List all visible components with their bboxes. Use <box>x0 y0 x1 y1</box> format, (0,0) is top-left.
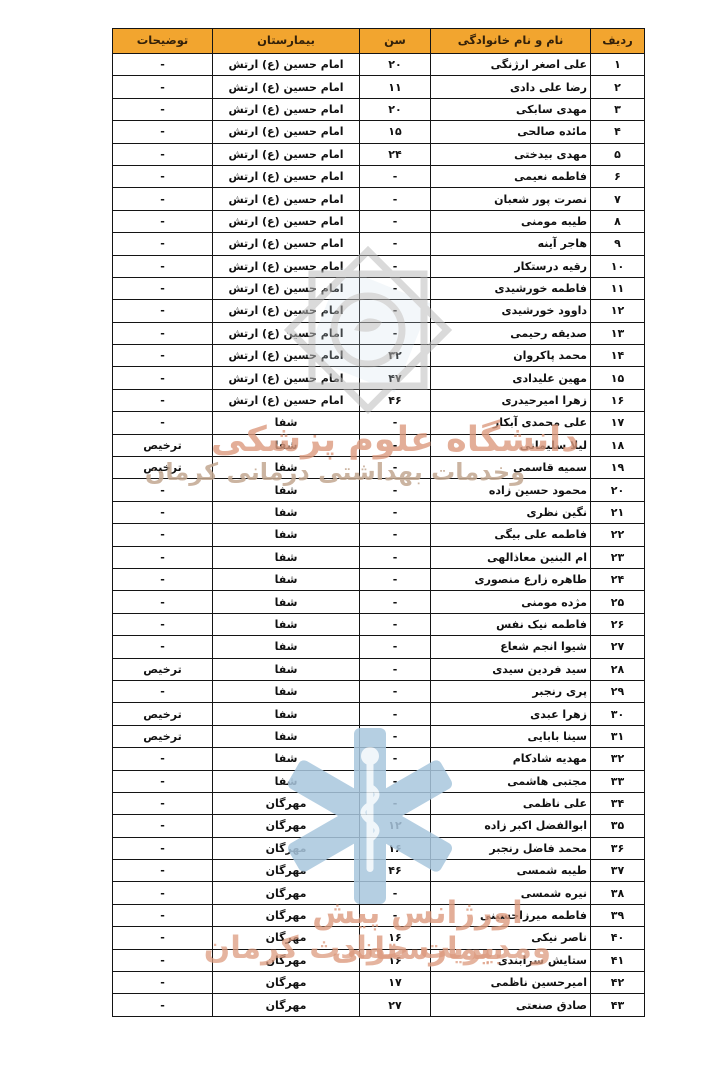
table-row: ۴۳صادق صنعتی۲۷مهرگان- <box>113 994 645 1016</box>
cell-hospital: مهرگان <box>213 837 360 859</box>
cell-age: ۴۶ <box>360 860 431 882</box>
cell-hospital: شفا <box>213 434 360 456</box>
table-row: ۴۱ستایش سرابندی۱۶مهرگان- <box>113 949 645 971</box>
cell-age: - <box>360 591 431 613</box>
cell-age: - <box>360 658 431 680</box>
cell-age: - <box>360 524 431 546</box>
cell-age: - <box>360 457 431 479</box>
cell-hospital: شفا <box>213 501 360 523</box>
cell-notes: - <box>113 233 213 255</box>
table-row: ۱۶زهرا امیرحیدری۴۶امام حسین (ع) ارتش- <box>113 389 645 411</box>
cell-hospital: مهرگان <box>213 994 360 1016</box>
table-row: ۲رضا علی دادی۱۱امام حسین (ع) ارتش- <box>113 76 645 98</box>
cell-row-number: ۱۴ <box>591 345 645 367</box>
cell-notes: - <box>113 636 213 658</box>
cell-row-number: ۲۰ <box>591 479 645 501</box>
cell-row-number: ۱۷ <box>591 412 645 434</box>
cell-age: ۱۵ <box>360 121 431 143</box>
cell-row-number: ۳۸ <box>591 882 645 904</box>
cell-hospital: مهرگان <box>213 972 360 994</box>
cell-row-number: ۳۷ <box>591 860 645 882</box>
cell-row-number: ۲۲ <box>591 524 645 546</box>
cell-row-number: ۳۱ <box>591 725 645 747</box>
cell-age: ۲۴ <box>360 143 431 165</box>
cell-row-number: ۳۳ <box>591 770 645 792</box>
cell-age: - <box>360 210 431 232</box>
cell-notes: ترخیص <box>113 658 213 680</box>
scanned-document-page: ردیف نام و نام خانوادگی سن بیمارستان توض… <box>0 0 710 1066</box>
cell-hospital: شفا <box>213 546 360 568</box>
cell-row-number: ۲۴ <box>591 568 645 590</box>
cell-age: - <box>360 703 431 725</box>
cell-full-name: علی اصغر ارژنگی <box>431 54 591 76</box>
cell-full-name: علی ناظمی <box>431 792 591 814</box>
header-full-name: نام و نام خانوادگی <box>431 29 591 54</box>
table-row: ۳۰زهرا عبدی-شفاترخیص <box>113 703 645 725</box>
cell-hospital: امام حسین (ع) ارتش <box>213 76 360 98</box>
cell-row-number: ۳۴ <box>591 792 645 814</box>
cell-notes: - <box>113 54 213 76</box>
cell-row-number: ۳۲ <box>591 748 645 770</box>
cell-full-name: مجتبی هاشمی <box>431 770 591 792</box>
cell-age: - <box>360 165 431 187</box>
table-row: ۳۶محمد فاضل رنجبر۱۶مهرگان- <box>113 837 645 859</box>
table-row: ۳۲مهدیه شادکام-شفا- <box>113 748 645 770</box>
table-row: ۹هاجر آینه-امام حسین (ع) ارتش- <box>113 233 645 255</box>
table-row: ۱۴محمد پاکروان۳۲امام حسین (ع) ارتش- <box>113 345 645 367</box>
cell-full-name: ناصر نیکی <box>431 927 591 949</box>
cell-hospital: شفا <box>213 412 360 434</box>
table-row: ۵مهدی بیدختی۲۴امام حسین (ع) ارتش- <box>113 143 645 165</box>
cell-age: - <box>360 904 431 926</box>
cell-hospital: شفا <box>213 457 360 479</box>
cell-hospital: شفا <box>213 524 360 546</box>
table-row: ۲۹پری رنجبر-شفا- <box>113 680 645 702</box>
cell-row-number: ۲۹ <box>591 680 645 702</box>
cell-notes: - <box>113 524 213 546</box>
cell-full-name: پری رنجبر <box>431 680 591 702</box>
patients-table: ردیف نام و نام خانوادگی سن بیمارستان توض… <box>112 28 645 1017</box>
cell-age: ۱۶ <box>360 927 431 949</box>
table-row: ۱۳صدیقه رحیمی-امام حسین (ع) ارتش- <box>113 322 645 344</box>
table-row: ۳۹فاطمه میرزاحسینی-مهرگان- <box>113 904 645 926</box>
table-row: ۲۴طاهره زارع منصوری-شفا- <box>113 568 645 590</box>
cell-full-name: صدیقه رحیمی <box>431 322 591 344</box>
cell-notes: - <box>113 322 213 344</box>
cell-full-name: علی محمدی آبکار <box>431 412 591 434</box>
cell-row-number: ۱۹ <box>591 457 645 479</box>
cell-notes: - <box>113 860 213 882</box>
cell-row-number: ۱ <box>591 54 645 76</box>
cell-row-number: ۵ <box>591 143 645 165</box>
table-row: ۲۵مژده مومنی-شفا- <box>113 591 645 613</box>
cell-full-name: مژده مومنی <box>431 591 591 613</box>
cell-hospital: شفا <box>213 703 360 725</box>
cell-row-number: ۱۱ <box>591 277 645 299</box>
cell-hospital: امام حسین (ع) ارتش <box>213 188 360 210</box>
header-age: سن <box>360 29 431 54</box>
cell-row-number: ۲۷ <box>591 636 645 658</box>
cell-age: ۲۰ <box>360 98 431 120</box>
cell-hospital: شفا <box>213 770 360 792</box>
cell-row-number: ۳۹ <box>591 904 645 926</box>
cell-hospital: امام حسین (ع) ارتش <box>213 277 360 299</box>
cell-hospital: امام حسین (ع) ارتش <box>213 210 360 232</box>
cell-age: - <box>360 412 431 434</box>
cell-full-name: نگین نظری <box>431 501 591 523</box>
table-row: ۱۰رقیه درستکار-امام حسین (ع) ارتش- <box>113 255 645 277</box>
cell-age: ۳۲ <box>360 345 431 367</box>
table-row: ۳۴علی ناظمی-مهرگان- <box>113 792 645 814</box>
cell-hospital: امام حسین (ع) ارتش <box>213 233 360 255</box>
cell-hospital: امام حسین (ع) ارتش <box>213 255 360 277</box>
cell-age: ۲۰ <box>360 54 431 76</box>
cell-full-name: فاطمه نیک نفس <box>431 613 591 635</box>
cell-row-number: ۴۳ <box>591 994 645 1016</box>
cell-age: ۱۶ <box>360 949 431 971</box>
cell-notes: ترخیص <box>113 725 213 747</box>
cell-hospital: امام حسین (ع) ارتش <box>213 367 360 389</box>
cell-full-name: ستایش سرابندی <box>431 949 591 971</box>
cell-hospital: شفا <box>213 591 360 613</box>
cell-notes: - <box>113 300 213 322</box>
table-header-row: ردیف نام و نام خانوادگی سن بیمارستان توض… <box>113 29 645 54</box>
cell-hospital: امام حسین (ع) ارتش <box>213 98 360 120</box>
cell-full-name: داوود خورشیدی <box>431 300 591 322</box>
cell-full-name: نصرت پور شعبان <box>431 188 591 210</box>
cell-notes: - <box>113 972 213 994</box>
cell-row-number: ۳ <box>591 98 645 120</box>
cell-full-name: طاهره زارع منصوری <box>431 568 591 590</box>
cell-row-number: ۸ <box>591 210 645 232</box>
table-row: ۲۷شیوا انجم شعاع-شفا- <box>113 636 645 658</box>
table-row: ۲۳ام البنین معاذالهی-شفا- <box>113 546 645 568</box>
table-row: ۴۰ناصر نیکی۱۶مهرگان- <box>113 927 645 949</box>
cell-row-number: ۱۰ <box>591 255 645 277</box>
cell-row-number: ۱۳ <box>591 322 645 344</box>
cell-hospital: شفا <box>213 725 360 747</box>
cell-row-number: ۲۱ <box>591 501 645 523</box>
table-row: ۳مهدی سابکی۲۰امام حسین (ع) ارتش- <box>113 98 645 120</box>
table-row: ۶فاطمه نعیمی-امام حسین (ع) ارتش- <box>113 165 645 187</box>
table-row: ۳۱سینا بابایی-شفاترخیص <box>113 725 645 747</box>
cell-full-name: ابوالفضل اکبر زاده <box>431 815 591 837</box>
cell-notes: - <box>113 76 213 98</box>
cell-notes: - <box>113 367 213 389</box>
cell-notes: - <box>113 994 213 1016</box>
cell-age: - <box>360 680 431 702</box>
table-row: ۲۸سید فردین سیدی-شفاترخیص <box>113 658 645 680</box>
cell-hospital: امام حسین (ع) ارتش <box>213 165 360 187</box>
cell-row-number: ۱۵ <box>591 367 645 389</box>
cell-full-name: سینا بابایی <box>431 725 591 747</box>
cell-hospital: شفا <box>213 613 360 635</box>
cell-row-number: ۲ <box>591 76 645 98</box>
cell-full-name: زهرا امیرحیدری <box>431 389 591 411</box>
table-row: ۴۲امیرحسین ناظمی۱۷مهرگان- <box>113 972 645 994</box>
table-row: ۱۹سمیه قاسمی-شفاترخیص <box>113 457 645 479</box>
header-notes: توضیحات <box>113 29 213 54</box>
table-row: ۳۸نیره شمسی-مهرگان- <box>113 882 645 904</box>
cell-full-name: فاطمه خورشیدی <box>431 277 591 299</box>
cell-full-name: زهرا عبدی <box>431 703 591 725</box>
cell-hospital: شفا <box>213 568 360 590</box>
cell-full-name: سمیه قاسمی <box>431 457 591 479</box>
cell-notes: - <box>113 568 213 590</box>
cell-row-number: ۴ <box>591 121 645 143</box>
cell-hospital: مهرگان <box>213 882 360 904</box>
cell-full-name: رضا علی دادی <box>431 76 591 98</box>
cell-row-number: ۱۶ <box>591 389 645 411</box>
cell-age: - <box>360 882 431 904</box>
cell-hospital: مهرگان <box>213 927 360 949</box>
cell-age: ۴۷ <box>360 367 431 389</box>
table-row: ۳۵ابوالفضل اکبر زاده۱۲مهرگان- <box>113 815 645 837</box>
cell-notes: ترخیص <box>113 434 213 456</box>
cell-full-name: مهین علیدادی <box>431 367 591 389</box>
cell-row-number: ۴۰ <box>591 927 645 949</box>
cell-full-name: لیلا سلیمانی <box>431 434 591 456</box>
table-row: ۱۸لیلا سلیمانی-شفاترخیص <box>113 434 645 456</box>
cell-age: - <box>360 546 431 568</box>
cell-row-number: ۲۳ <box>591 546 645 568</box>
cell-row-number: ۴۲ <box>591 972 645 994</box>
cell-full-name: مائده صالحی <box>431 121 591 143</box>
table-row: ۳۷طیبه شمسی۴۶مهرگان- <box>113 860 645 882</box>
cell-hospital: امام حسین (ع) ارتش <box>213 143 360 165</box>
cell-age: - <box>360 233 431 255</box>
cell-notes: - <box>113 98 213 120</box>
cell-row-number: ۷ <box>591 188 645 210</box>
cell-row-number: ۹ <box>591 233 645 255</box>
cell-notes: ترخیص <box>113 457 213 479</box>
cell-notes: - <box>113 501 213 523</box>
cell-hospital: امام حسین (ع) ارتش <box>213 389 360 411</box>
cell-full-name: صادق صنعتی <box>431 994 591 1016</box>
cell-full-name: مهدی بیدختی <box>431 143 591 165</box>
cell-notes: - <box>113 389 213 411</box>
cell-full-name: فاطمه نعیمی <box>431 165 591 187</box>
cell-row-number: ۲۵ <box>591 591 645 613</box>
table-body: ۱علی اصغر ارژنگی۲۰امام حسین (ع) ارتش-۲رض… <box>113 54 645 1017</box>
cell-age: - <box>360 501 431 523</box>
cell-age: - <box>360 636 431 658</box>
cell-row-number: ۲۶ <box>591 613 645 635</box>
cell-full-name: محمود حسین زاده <box>431 479 591 501</box>
cell-age: - <box>360 300 431 322</box>
cell-row-number: ۶ <box>591 165 645 187</box>
cell-hospital: امام حسین (ع) ارتش <box>213 345 360 367</box>
table-row: ۴مائده صالحی۱۵امام حسین (ع) ارتش- <box>113 121 645 143</box>
cell-full-name: محمد پاکروان <box>431 345 591 367</box>
cell-full-name: مهدیه شادکام <box>431 748 591 770</box>
table-row: ۳۳مجتبی هاشمی-شفا- <box>113 770 645 792</box>
cell-notes: - <box>113 165 213 187</box>
cell-age: - <box>360 434 431 456</box>
table-row: ۲۶فاطمه نیک نفس-شفا- <box>113 613 645 635</box>
cell-full-name: رقیه درستکار <box>431 255 591 277</box>
cell-notes: - <box>113 121 213 143</box>
cell-full-name: طیبه مومنی <box>431 210 591 232</box>
cell-full-name: هاجر آینه <box>431 233 591 255</box>
cell-full-name: نیره شمسی <box>431 882 591 904</box>
cell-hospital: امام حسین (ع) ارتش <box>213 121 360 143</box>
cell-full-name: فاطمه میرزاحسینی <box>431 904 591 926</box>
cell-hospital: شفا <box>213 748 360 770</box>
cell-notes: - <box>113 792 213 814</box>
table-row: ۲۱نگین نظری-شفا- <box>113 501 645 523</box>
cell-row-number: ۳۵ <box>591 815 645 837</box>
cell-notes: - <box>113 770 213 792</box>
table-row: ۲۰محمود حسین زاده-شفا- <box>113 479 645 501</box>
cell-full-name: محمد فاضل رنجبر <box>431 837 591 859</box>
cell-age: - <box>360 770 431 792</box>
table-row: ۱علی اصغر ارژنگی۲۰امام حسین (ع) ارتش- <box>113 54 645 76</box>
cell-notes: - <box>113 345 213 367</box>
cell-hospital: امام حسین (ع) ارتش <box>213 300 360 322</box>
cell-row-number: ۱۲ <box>591 300 645 322</box>
cell-notes: ترخیص <box>113 703 213 725</box>
cell-notes: - <box>113 546 213 568</box>
cell-age: - <box>360 613 431 635</box>
table-row: ۱۷علی محمدی آبکار-شفا- <box>113 412 645 434</box>
cell-notes: - <box>113 412 213 434</box>
cell-hospital: شفا <box>213 680 360 702</box>
cell-age: - <box>360 255 431 277</box>
cell-notes: - <box>113 210 213 232</box>
cell-row-number: ۱۸ <box>591 434 645 456</box>
cell-notes: - <box>113 255 213 277</box>
cell-row-number: ۲۸ <box>591 658 645 680</box>
cell-hospital: امام حسین (ع) ارتش <box>213 54 360 76</box>
table-row: ۲۲فاطمه علی بیگی-شفا- <box>113 524 645 546</box>
cell-age: - <box>360 792 431 814</box>
cell-age: ۴۶ <box>360 389 431 411</box>
cell-hospital: مهرگان <box>213 949 360 971</box>
cell-age: ۱۱ <box>360 76 431 98</box>
table-row: ۸طیبه مومنی-امام حسین (ع) ارتش- <box>113 210 645 232</box>
cell-full-name: فاطمه علی بیگی <box>431 524 591 546</box>
cell-age: - <box>360 188 431 210</box>
cell-hospital: مهرگان <box>213 792 360 814</box>
cell-full-name: ام البنین معاذالهی <box>431 546 591 568</box>
cell-notes: - <box>113 479 213 501</box>
cell-age: - <box>360 725 431 747</box>
cell-notes: - <box>113 927 213 949</box>
table-row: ۱۵مهین علیدادی۴۷امام حسین (ع) ارتش- <box>113 367 645 389</box>
table-row: ۱۱فاطمه خورشیدی-امام حسین (ع) ارتش- <box>113 277 645 299</box>
cell-row-number: ۴۱ <box>591 949 645 971</box>
cell-notes: - <box>113 277 213 299</box>
cell-full-name: طیبه شمسی <box>431 860 591 882</box>
cell-notes: - <box>113 748 213 770</box>
cell-hospital: مهرگان <box>213 904 360 926</box>
cell-age: - <box>360 322 431 344</box>
cell-hospital: مهرگان <box>213 815 360 837</box>
cell-notes: - <box>113 904 213 926</box>
cell-hospital: امام حسین (ع) ارتش <box>213 322 360 344</box>
table-row: ۷نصرت پور شعبان-امام حسین (ع) ارتش- <box>113 188 645 210</box>
cell-age: ۲۷ <box>360 994 431 1016</box>
cell-notes: - <box>113 949 213 971</box>
cell-notes: - <box>113 680 213 702</box>
cell-age: - <box>360 479 431 501</box>
cell-hospital: مهرگان <box>213 860 360 882</box>
cell-age: ۱۷ <box>360 972 431 994</box>
cell-notes: - <box>113 591 213 613</box>
cell-full-name: مهدی سابکی <box>431 98 591 120</box>
header-row-number: ردیف <box>591 29 645 54</box>
cell-notes: - <box>113 143 213 165</box>
table-row: ۱۲داوود خورشیدی-امام حسین (ع) ارتش- <box>113 300 645 322</box>
cell-notes: - <box>113 882 213 904</box>
cell-row-number: ۳۰ <box>591 703 645 725</box>
cell-age: - <box>360 748 431 770</box>
cell-notes: - <box>113 815 213 837</box>
cell-full-name: شیوا انجم شعاع <box>431 636 591 658</box>
cell-notes: - <box>113 837 213 859</box>
cell-hospital: شفا <box>213 479 360 501</box>
cell-notes: - <box>113 613 213 635</box>
cell-age: - <box>360 277 431 299</box>
cell-age: ۱۶ <box>360 837 431 859</box>
cell-full-name: سید فردین سیدی <box>431 658 591 680</box>
cell-full-name: امیرحسین ناظمی <box>431 972 591 994</box>
cell-notes: - <box>113 188 213 210</box>
table-header: ردیف نام و نام خانوادگی سن بیمارستان توض… <box>113 29 645 54</box>
cell-age: - <box>360 568 431 590</box>
cell-age: ۱۲ <box>360 815 431 837</box>
cell-row-number: ۳۶ <box>591 837 645 859</box>
header-hospital: بیمارستان <box>213 29 360 54</box>
cell-hospital: شفا <box>213 658 360 680</box>
cell-hospital: شفا <box>213 636 360 658</box>
